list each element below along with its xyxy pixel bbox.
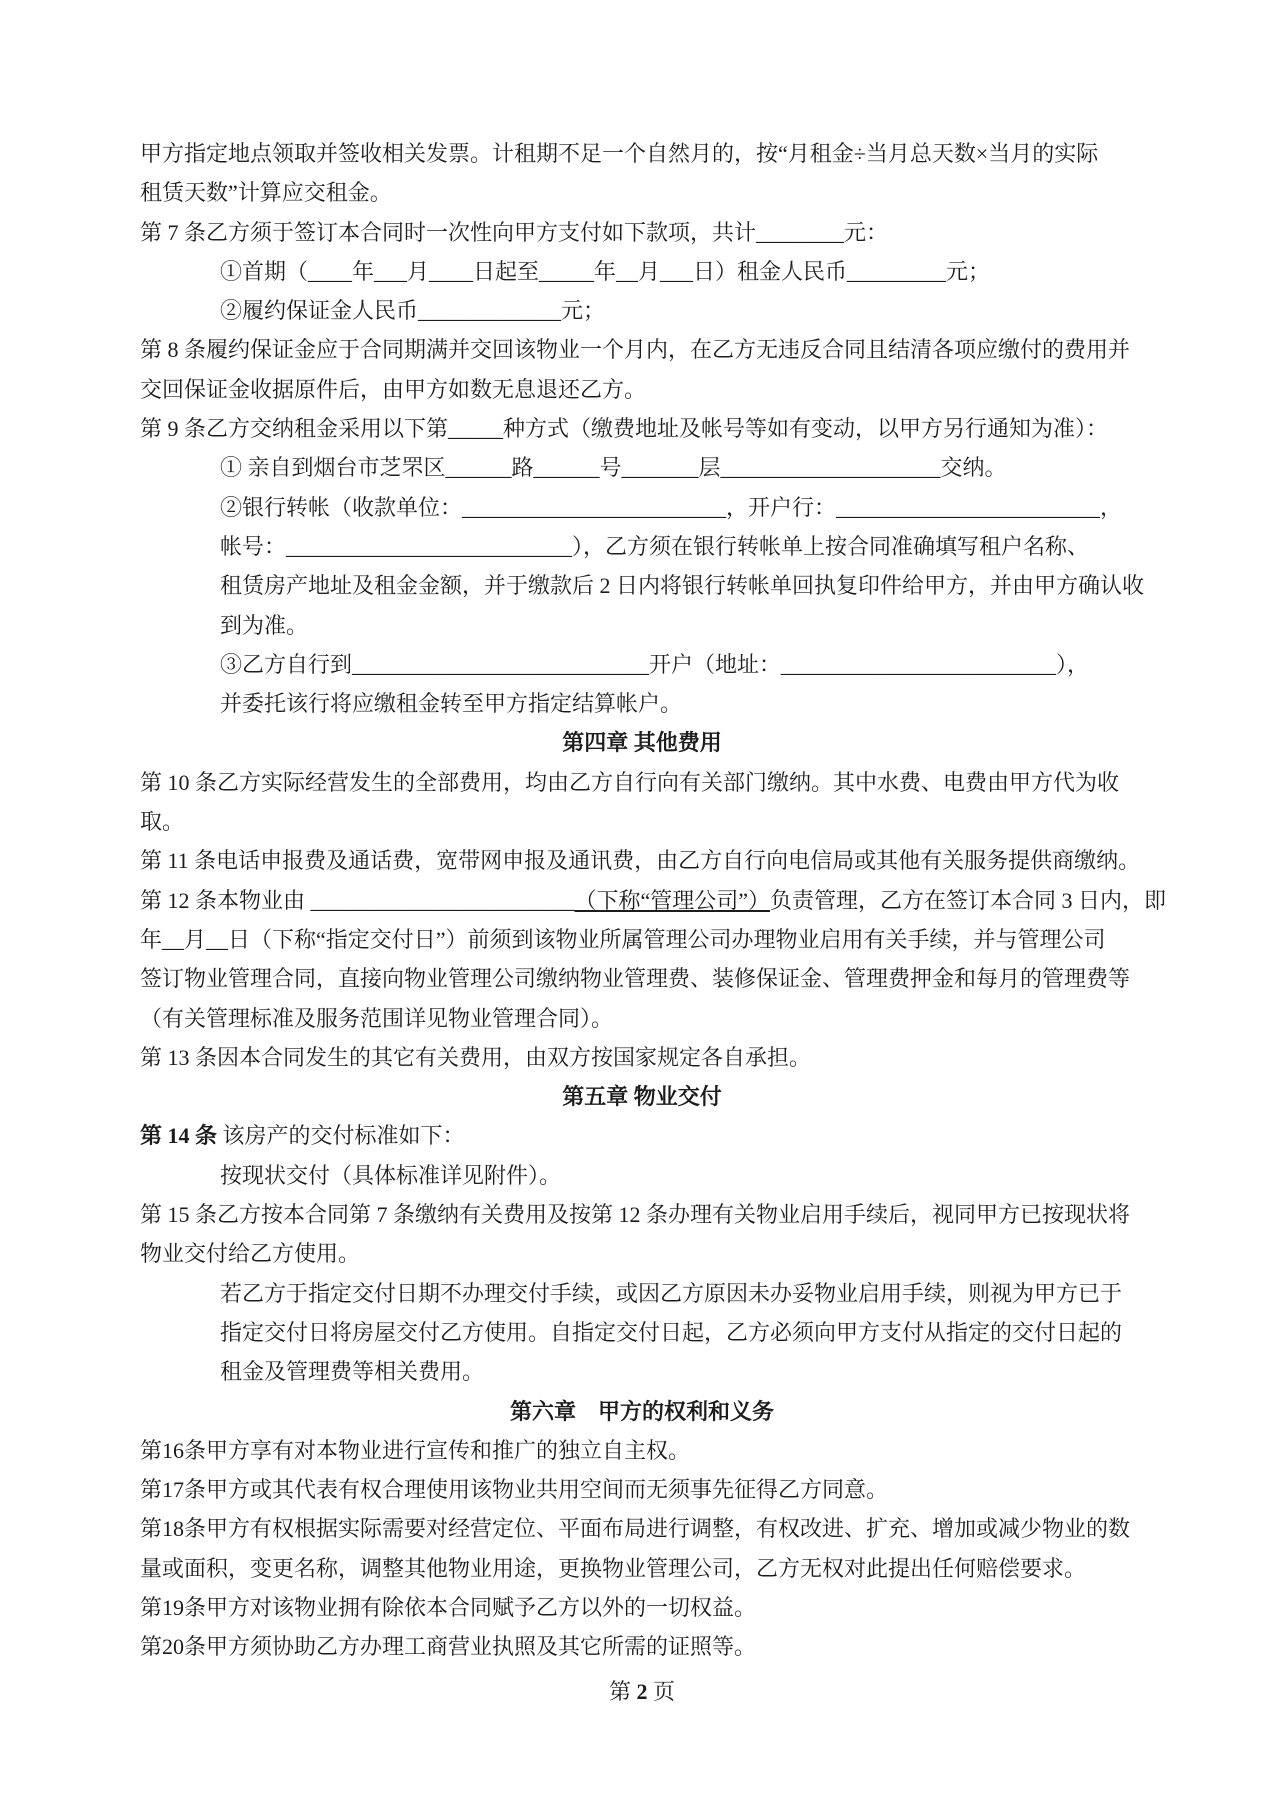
text-segment: 指定交付日将房屋交付乙方使用。自指定交付日起，乙方必须向甲方支付从指定的交付日起… (220, 1320, 1122, 1345)
text-segment: 按现状交付（具体标准详见附件）。 (220, 1163, 561, 1188)
clause9-line1: 第 9 条乙方交纳租金采用以下第_____种方式（缴费地址及帐号等如有变动，以甲… (140, 409, 1144, 448)
clause12-line4: （有关管理标准及服务范围详见物业管理合同）。 (140, 999, 1144, 1038)
text-segment: 第 12 条本物业由 (140, 888, 311, 913)
clause7-line1: 第 7 条乙方须于签订本合同时一次性向甲方支付如下款项，共计________元： (140, 213, 1144, 252)
clause6-continuation-line2: 租赁天数”计算应交租金。 (140, 173, 1144, 212)
clause17-line1: 第17条甲方或其代表有权合理使用该物业共用空间而无须事先征得乙方同意。 (140, 1470, 1144, 1509)
text-segment: 第16条甲方享有对本物业进行宣传和推广的独立自主权。 (140, 1438, 690, 1463)
text-segment: 若乙方于指定交付日期不办理交付手续，或因乙方原因未办妥物业启用手续，则视为甲方已… (220, 1281, 1122, 1306)
text-segment: 第18条甲方有权根据实际需要对经营定位、平面布局进行调整，有权改进、扩充、增加或… (140, 1516, 1130, 1541)
clause16-line1: 第16条甲方享有对本物业进行宣传和推广的独立自主权。 (140, 1431, 1144, 1470)
clause6-continuation-line1: 甲方指定地点领取并签收相关发票。计租期不足一个自然月的，按“月租金÷当月总天数×… (140, 134, 1144, 173)
text-segment: 租赁房产地址及租金金额，并于缴款后 2 日内将银行转帐单回执复印件给甲方，并由甲… (220, 573, 1144, 598)
clause7-item2: ②履约保证金人民币_____________元； (140, 291, 1144, 330)
chapter6-heading: 第六章 甲方的权利和义务 (140, 1392, 1144, 1431)
clause9-item2-line2: 帐号：__________________________），乙方须在银行转帐单… (140, 527, 1144, 566)
text-segment: 第17条甲方或其代表有权合理使用该物业共用空间而无须事先征得乙方同意。 (140, 1477, 888, 1502)
text-segment: 交回保证金收据原件后，由甲方如数无息退还乙方。 (140, 377, 646, 402)
clause19-line1: 第19条甲方对该物业拥有除依本合同赋予乙方以外的一切权益。 (140, 1588, 1144, 1627)
text-segment: 第19条甲方对该物业拥有除依本合同赋予乙方以外的一切权益。 (140, 1595, 756, 1620)
clause11-line1: 第 11 条电话申报费及通话费，宽带网申报及通讯费，由乙方自行向电信局或其他有关… (140, 841, 1144, 880)
clause10-line2: 取。 (140, 802, 1144, 841)
clause9-item2-line3: 租赁房产地址及租金金额，并于缴款后 2 日内将银行转帐单回执复印件给甲方，并由甲… (140, 566, 1144, 605)
clause9-item1: ① 亲自到烟台市芝罘区______路______号_______层_______… (140, 448, 1144, 487)
text-segment: ②银行转帐（收款单位：________________________，开户行：… (220, 495, 1122, 520)
text-segment: 该房产的交付标准如下： (217, 1123, 465, 1148)
clause8-line2: 交回保证金收据原件后，由甲方如数无息退还乙方。 (140, 370, 1144, 409)
text-segment: 物业交付给乙方使用。 (140, 1241, 360, 1266)
text-segment: 取。 (140, 809, 184, 834)
clause12-line1: 第 12 条本物业由 ________________________（下称“管… (140, 881, 1144, 920)
document-body: 甲方指定地点领取并签收相关发票。计租期不足一个自然月的，按“月租金÷当月总天数×… (140, 134, 1144, 1711)
clause18-line1: 第18条甲方有权根据实际需要对经营定位、平面布局进行调整，有权改进、扩充、增加或… (140, 1509, 1144, 1548)
chapter5-heading: 第五章 物业交付 (140, 1077, 1144, 1116)
text-segment: 第六章 甲方的权利和义务 (510, 1399, 774, 1424)
text-segment: 第 (609, 1679, 637, 1704)
chapter4-heading: 第四章 其他费用 (140, 723, 1144, 762)
clause13-line1: 第 13 条因本合同发生的其它有关费用，由双方按国家规定各自承担。 (140, 1038, 1144, 1077)
clause9-item3-line2: 并委托该行将应缴租金转至甲方指定结算帐户。 (140, 684, 1144, 723)
clause18-line2: 量或面积，变更名称，调整其他物业用途，更换物业管理公司，乙方无权对此提出任何赔偿… (140, 1549, 1144, 1588)
clause9-item3-line1: ③乙方自行到___________________________开户（地址：_… (140, 645, 1144, 684)
text-segment: 第 14 条 (140, 1123, 217, 1148)
contract-page: 甲方指定地点领取并签收相关发票。计租期不足一个自然月的，按“月租金÷当月总天数×… (0, 0, 1280, 1810)
clause15-line1: 第 15 条乙方按本合同第 7 条缴纳有关费用及按第 12 条办理有关物业启用手… (140, 1195, 1144, 1234)
text-segment: 第 7 条乙方须于签订本合同时一次性向甲方支付如下款项，共计________元： (140, 220, 888, 245)
clause7-item1: ①首期（____年___月____日起至_____年__月___日）租金人民币_… (140, 252, 1144, 291)
clause9-item2-line4: 到为准。 (140, 606, 1144, 645)
clause14-line1: 第 14 条 该房产的交付标准如下： (140, 1116, 1144, 1155)
text-segment: 帐号：__________________________），乙方须在银行转帐单… (220, 534, 1089, 559)
clause15-para2-line2: 指定交付日将房屋交付乙方使用。自指定交付日起，乙方必须向甲方支付从指定的交付日起… (140, 1313, 1144, 1352)
clause15-line2: 物业交付给乙方使用。 (140, 1234, 1144, 1273)
clause12-line3: 签订物业管理合同，直接向物业管理公司缴纳物业管理费、装修保证金、管理费押金和每月… (140, 959, 1144, 998)
text-segment: 量或面积，变更名称，调整其他物业用途，更换物业管理公司，乙方无权对此提出任何赔偿… (140, 1556, 1086, 1581)
text-segment: （有关管理标准及服务范围详见物业管理合同）。 (140, 1006, 613, 1031)
text-segment: 第 11 条电话申报费及通话费，宽带网申报及通讯费，由乙方自行向电信局或其他有关… (140, 848, 1140, 873)
text-segment: 租金及管理费等相关费用。 (220, 1359, 484, 1384)
text-segment: 签订物业管理合同，直接向物业管理公司缴纳物业管理费、装修保证金、管理费押金和每月… (140, 966, 1130, 991)
clause8-line1: 第 8 条履约保证金应于合同期满并交回该物业一个月内，在乙方无违反合同且结清各项… (140, 330, 1144, 369)
clause20-line1: 第20条甲方须协助乙方办理工商营业执照及其它所需的证照等。 (140, 1627, 1144, 1666)
text-segment: 年__月__日（下称“指定交付日”）前须到该物业所属管理公司办理物业启用有关手续… (140, 927, 1106, 952)
text-segment: 并委托该行将应缴租金转至甲方指定结算帐户。 (220, 691, 682, 716)
text-segment: ②履约保证金人民币_____________元； (220, 298, 605, 323)
text-segment: ① 亲自到烟台市芝罘区______路______号_______层_______… (220, 455, 1007, 480)
text-segment: 到为准。 (220, 613, 308, 638)
text-segment: 2 (637, 1679, 648, 1704)
clause15-para2-line1: 若乙方于指定交付日期不办理交付手续，或因乙方原因未办妥物业启用手续，则视为甲方已… (140, 1274, 1144, 1313)
text-segment: 租赁天数”计算应交租金。 (140, 180, 392, 205)
text-segment: 负责管理，乙方在签订本合同 3 日内，即 (770, 888, 1166, 913)
text-segment: 甲方指定地点领取并签收相关发票。计租期不足一个自然月的，按“月租金÷当月总天数×… (140, 141, 1098, 166)
text-segment: 第四章 其他费用 (562, 730, 722, 755)
text-segment: ①首期（____年___月____日起至_____年__月___日）租金人民币_… (220, 259, 990, 284)
text-segment: 第 9 条乙方交纳租金采用以下第_____种方式（缴费地址及帐号等如有变动，以甲… (140, 416, 1108, 441)
text-segment: 第 10 条乙方实际经营发生的全部费用，均由乙方自行向有关部门缴纳。其中水费、电… (140, 770, 1119, 795)
text-segment: 页 (648, 1679, 676, 1704)
text-segment: ③乙方自行到___________________________开户（地址：_… (220, 652, 1089, 677)
text-segment: 第 8 条履约保证金应于合同期满并交回该物业一个月内，在乙方无违反合同且结清各项… (140, 337, 1130, 362)
text-segment: ________________________ (311, 888, 575, 913)
clause15-para2-line3: 租金及管理费等相关费用。 (140, 1352, 1144, 1391)
clause14-line2: 按现状交付（具体标准详见附件）。 (140, 1156, 1144, 1195)
text-segment: 第20条甲方须协助乙方办理工商营业执照及其它所需的证照等。 (140, 1634, 756, 1659)
clause9-item2-line1: ②银行转帐（收款单位：________________________，开户行：… (140, 488, 1144, 527)
text-segment: 第 13 条因本合同发生的其它有关费用，由双方按国家规定各自承担。 (140, 1045, 811, 1070)
underlined-fill-in: （下称“管理公司”） (575, 888, 771, 913)
text-segment: 第五章 物业交付 (562, 1084, 722, 1109)
clause12-line2: 年__月__日（下称“指定交付日”）前须到该物业所属管理公司办理物业启用有关手续… (140, 920, 1144, 959)
page-number: 第 2 页 (140, 1672, 1144, 1711)
text-segment: 第 15 条乙方按本合同第 7 条缴纳有关费用及按第 12 条办理有关物业启用手… (140, 1202, 1130, 1227)
clause10-line1: 第 10 条乙方实际经营发生的全部费用，均由乙方自行向有关部门缴纳。其中水费、电… (140, 763, 1144, 802)
